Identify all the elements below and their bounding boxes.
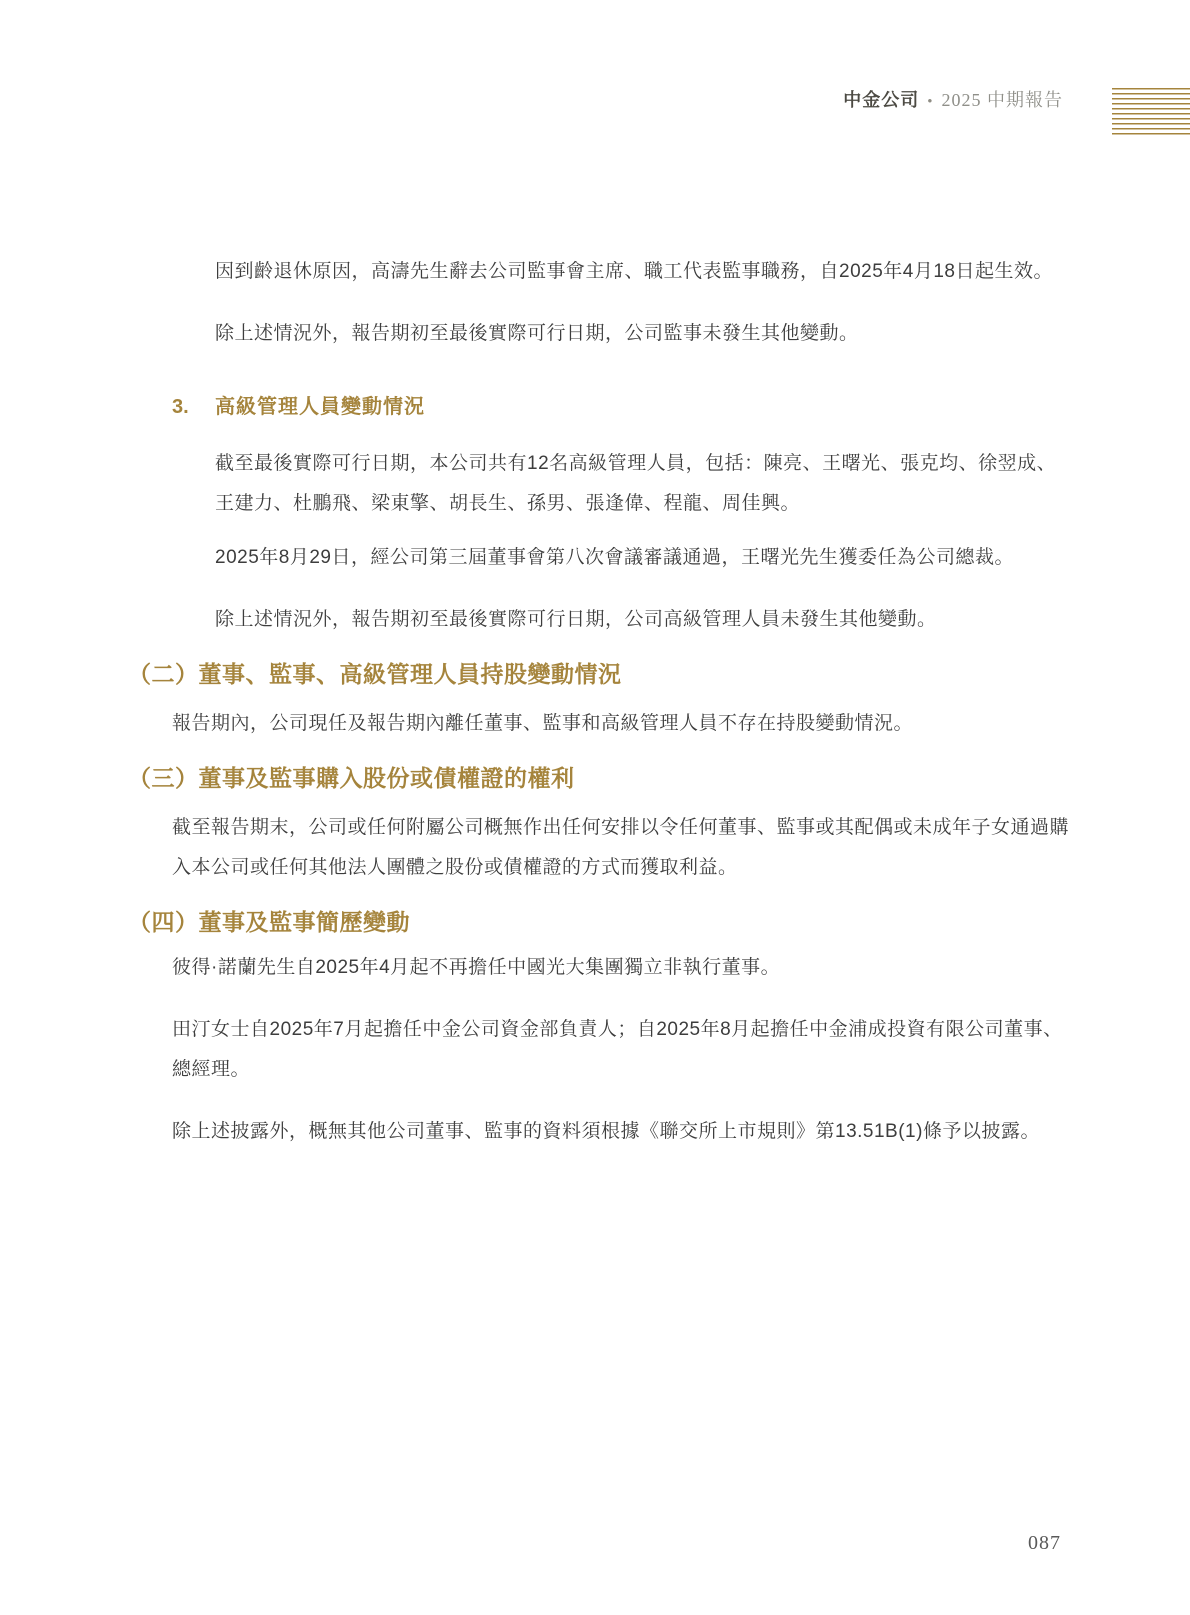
company-name: 中金公司 (843, 90, 919, 110)
section-3-number: 3. (172, 390, 215, 424)
paragraph-senior-management-members: 截至最後實際可行日期，本公司共有12名高級管理人員，包括：陳亮、王曙光、張克均、… (215, 444, 1069, 524)
section-3-title: 高級管理人員變動情況 (215, 390, 425, 424)
section-3-heading: 3. 高級管理人員變動情況 (172, 390, 1069, 424)
paragraph-peter-nolan: 彼得·諾蘭先生自2025年4月起不再擔任中國光大集團獨立非執行董事。 (172, 948, 1069, 988)
paragraph-senior-management-no-change: 除上述情況外，報告期初至最後實際可行日期，公司高級管理人員未發生其他變動。 (215, 600, 1069, 640)
section-b-heading: （二）董事、監事、高級管理人員持股變動情況 (128, 656, 1069, 692)
paragraph-president-appointment: 2025年8月29日，經公司第三屆董事會第八次會議審議通過，王曙光先生獲委任為公… (215, 538, 1069, 578)
report-page: 中金公司•2025 中期報告 因到齡退休原因，高濤先生辭去公司監事會主席、職工代… (0, 0, 1190, 1615)
page-header: 中金公司•2025 中期報告 (843, 86, 1063, 112)
gold-lines-decoration-icon (1112, 88, 1190, 137)
paragraph-share-purchase-rights: 截至報告期末，公司或任何附屬公司概無作出任何安排以令任何董事、監事或其配偶或未成… (172, 808, 1069, 888)
paragraph-tian-ting: 田汀女士自2025年7月起擔任中金公司資金部負責人；自2025年8月起擔任中金浦… (172, 1010, 1069, 1090)
page-content: 因到齡退休原因，高濤先生辭去公司監事會主席、職工代表監事職務，自2025年4月1… (128, 252, 1069, 1152)
section-d-heading: （四）董事及監事簡歷變動 (128, 904, 1069, 940)
paragraph-supervisor-no-change: 除上述情況外，報告期初至最後實際可行日期，公司監事未發生其他變動。 (215, 314, 1069, 354)
header-bullet-separator: • (927, 94, 933, 110)
section-c-heading: （三）董事及監事購入股份或債權證的權利 (128, 760, 1069, 796)
paragraph-shareholding-changes: 報告期內，公司現任及報告期內離任董事、監事和高級管理人員不存在持股變動情況。 (172, 704, 1069, 744)
paragraph-supervisor-resignation: 因到齡退休原因，高濤先生辭去公司監事會主席、職工代表監事職務，自2025年4月1… (215, 252, 1069, 292)
paragraph-listing-rules-disclosure: 除上述披露外，概無其他公司董事、監事的資料須根據《聯交所上市規則》第13.51B… (172, 1112, 1069, 1152)
report-title: 2025 中期報告 (942, 90, 1064, 110)
page-number: 087 (1028, 1532, 1061, 1555)
